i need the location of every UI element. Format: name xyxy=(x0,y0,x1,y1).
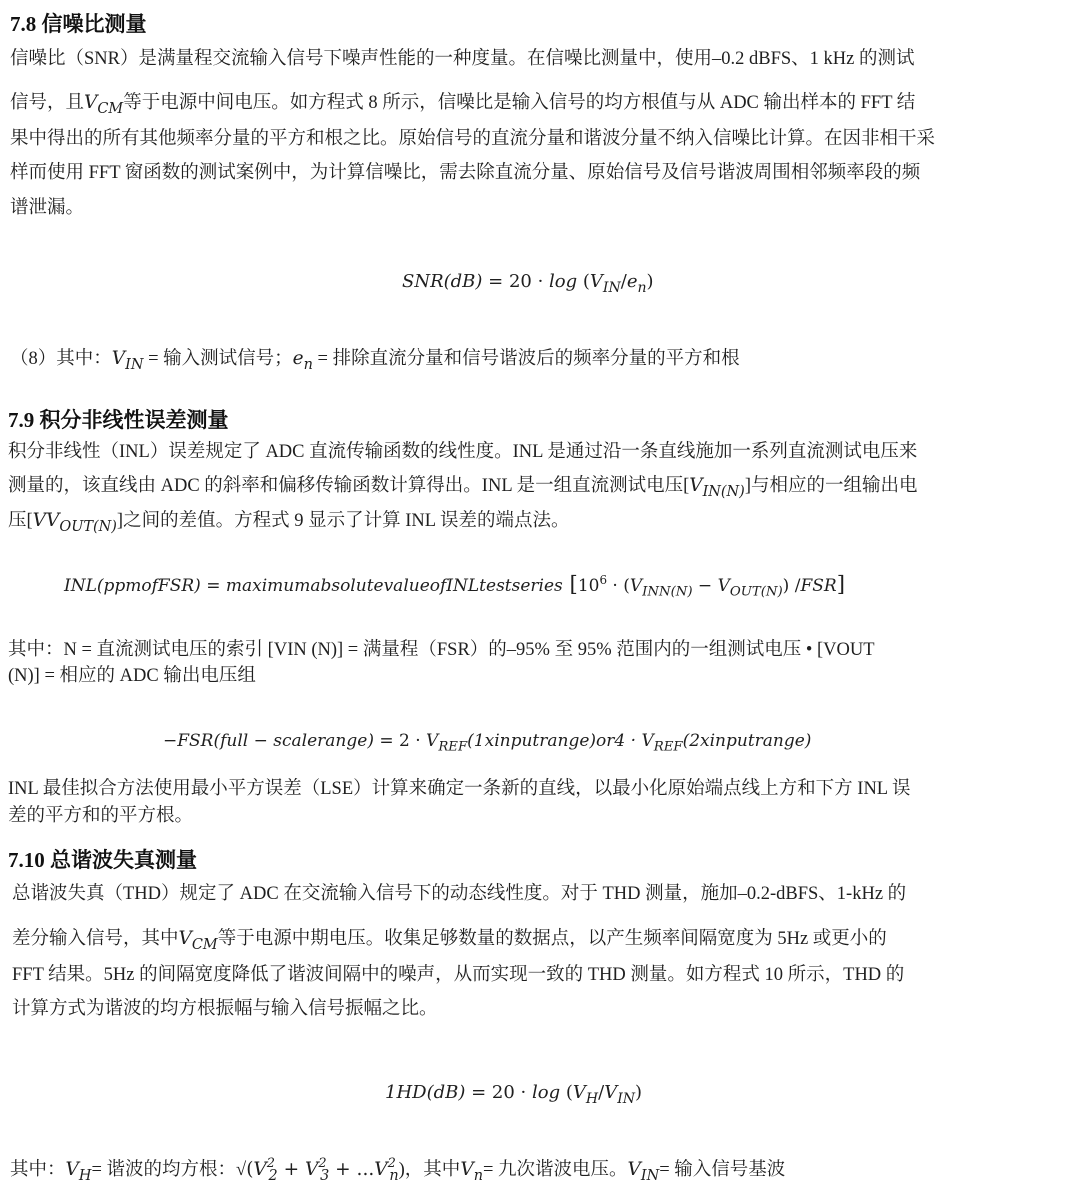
eq-v-sub: IN xyxy=(603,280,621,296)
fsr-equation: −FSR(full − scalerange) = 2 · VREF(1xinp… xyxy=(163,731,811,751)
en-symbol: en xyxy=(293,348,313,369)
eq-v1-sub: H xyxy=(586,1091,598,1107)
eq-v2-sub: OUT(N) xyxy=(730,585,783,600)
eq-fsr: FSR xyxy=(800,576,836,596)
vin-desc: = 输入信号基波 xyxy=(659,1160,785,1180)
paragraph-line: 总谐波失真（THD）规定了 ADC 在交流输入信号下的动态线性度。对于 THD … xyxy=(12,882,906,906)
term-sub: n xyxy=(389,1168,398,1184)
term-sub: 2 xyxy=(269,1168,278,1184)
paragraph-line: 信噪比（SNR）是满量程交流输入信号下噪声性能的一种度量。在信噪比测量中，使用–… xyxy=(10,47,914,71)
eq-log: log xyxy=(549,271,577,292)
section-heading-7-9: 7.9 积分非线性误差测量 xyxy=(8,404,229,434)
eq-exponent: 6 xyxy=(599,573,607,587)
math-subscript: IN xyxy=(125,357,143,373)
plus: + ... xyxy=(329,1159,374,1180)
paragraph-line: INL 最佳拟合方法使用最小平方误差（LSE）计算来确定一条新的直线，以最小化原… xyxy=(8,777,911,801)
where-line: (N)] = 相应的 ADC 输出电压组 xyxy=(8,664,256,688)
equation-9: INL(ppmofFSR) = maximumabsolutevalueofIN… xyxy=(64,576,845,596)
equation-10: 1HD(dB) = 20 · log (VH/VIN) xyxy=(385,1082,642,1103)
equation-8-where: （8）其中：VIN = 输入测试信号；en = 排除直流分量和信号谐波后的频率分… xyxy=(10,347,740,371)
eq-close: ) xyxy=(647,271,654,292)
math-base: V xyxy=(46,510,59,531)
eq-or: or4 · xyxy=(596,731,641,751)
eq-e-sub: n xyxy=(637,280,646,296)
math-subscript: n xyxy=(474,1168,483,1184)
paragraph-line: 测量的，该直线由 ADC 的斜率和偏移传输函数计算得出。INL 是一组直流测试电… xyxy=(8,474,917,498)
term: V xyxy=(374,1159,387,1180)
text-fragment: 其中 xyxy=(423,1160,460,1180)
eq-open: ( xyxy=(577,271,590,292)
eq-v: V xyxy=(590,271,603,292)
vcm-symbol: VCM xyxy=(179,928,218,949)
section-heading-7-8: 7.8 信噪比测量 xyxy=(10,8,147,38)
eq-bracket-open: [ xyxy=(563,572,578,597)
term-sub: 3 xyxy=(320,1168,329,1184)
section-heading-7-10: 7.10 总谐波失真测量 xyxy=(8,844,197,874)
term: V xyxy=(305,1159,318,1180)
eq-v2: V xyxy=(718,576,730,596)
vin-n-symbol: VIN(N) xyxy=(689,475,745,496)
equation-8: SNR(dB) = 20 · log (VIN/en) xyxy=(402,271,654,292)
eq-v2: V xyxy=(641,731,653,751)
eq-lhs: SNR(dB) xyxy=(402,271,482,292)
text-fragment: 等于电源中间电压。如方程式 8 所示，信噪比是输入信号的均方根值与从 ADC 输… xyxy=(123,93,915,113)
text-fragment: 等于电源中期电压。收集足够数量的数据点，以产生频率间隔宽度为 5Hz 或更小的 xyxy=(218,929,887,949)
eq-lhs: −FSR(full − scalerange) xyxy=(163,731,374,751)
math-subscript: IN(N) xyxy=(703,484,745,500)
math-base: V xyxy=(460,1159,473,1180)
equation-10-where: 其中：VH= 谐波的均方根：√(V22 + V23 + ...V2n)，其中Vn… xyxy=(10,1158,785,1182)
text-fragment: 测量的，该直线由 ADC 的斜率和偏移传输函数计算得出。INL 是一组直流测试电… xyxy=(8,476,689,496)
vvout-n-symbol: VVOUT(N) xyxy=(33,510,117,531)
eq-v1: V xyxy=(630,576,642,596)
math-pre: V xyxy=(33,510,46,531)
math-subscript: H xyxy=(79,1168,92,1184)
eq-open: ( xyxy=(560,1082,573,1103)
vn-symbol: Vn xyxy=(460,1159,483,1180)
vcm-symbol: VCM xyxy=(84,92,123,113)
plus: + xyxy=(278,1159,305,1180)
eq-p1: (1xinputrange) xyxy=(467,731,596,751)
eq-v1: V xyxy=(426,731,438,751)
paragraph-line: 果中得出的所有其他频率分量的平方和根之比。原始信号的直流分量和谐波分量不纳入信噪… xyxy=(10,127,935,151)
math-base: V xyxy=(179,928,192,949)
paragraph-line: FFT 结果。5Hz 的间隔宽度降低了谐波间隔中的噪声，从而实现一致的 THD … xyxy=(12,963,904,987)
vh-desc: = 谐波的均方根： xyxy=(91,1160,236,1180)
eq-minus: − xyxy=(693,576,718,596)
sqrt-icon: √ xyxy=(236,1160,246,1180)
vin-desc: = 输入测试信号； xyxy=(143,349,292,369)
math-subscript: CM xyxy=(97,101,123,117)
vin-symbol: VIN xyxy=(628,1159,660,1180)
eq-close: ) xyxy=(635,1082,642,1103)
where-prefix: 其中： xyxy=(10,1160,66,1180)
harmonic-sum: (V22 + V23 + ...V2n xyxy=(246,1159,398,1180)
math-subscript: OUT(N) xyxy=(59,519,116,535)
eq-bracket-close: ] xyxy=(837,572,845,597)
eq-op: = xyxy=(201,576,226,596)
eq-op: = 20 · xyxy=(482,271,549,292)
paragraph-line: 样而使用 FFT 窗函数的测试案例中，为计算信噪比，需去除直流分量、原始信号及信… xyxy=(10,161,920,185)
where-prefix: （8）其中： xyxy=(10,349,112,369)
where-line: 其中：N = 直流测试电压的索引 [VIN (N)] = 满量程（FSR）的–9… xyxy=(8,638,875,662)
vn-desc: = 九次谐波电压。 xyxy=(483,1160,628,1180)
paragraph-line: 信号，且VCM等于电源中间电压。如方程式 8 所示，信噪比是输入信号的均方根值与… xyxy=(10,91,915,115)
eq-ten: 10 xyxy=(578,576,600,596)
eq-close: ) / xyxy=(783,576,801,596)
text-fragment: 压[ xyxy=(8,511,33,531)
paragraph-line: 谱泄漏。 xyxy=(10,196,84,220)
paragraph-line: 积分非线性（INL）误差规定了 ADC 直流传输函数的线性度。INL 是通过沿一… xyxy=(8,440,917,464)
text-fragment: ]与相应的一组输出电 xyxy=(745,476,918,496)
math-base: V xyxy=(689,475,702,496)
eq-e: e xyxy=(627,271,638,292)
en-desc: = 排除直流分量和信号谐波后的频率分量的平方和根 xyxy=(313,349,740,369)
math-base: V xyxy=(66,1159,79,1180)
eq-v1-sub: REF xyxy=(438,740,467,755)
math-subscript: n xyxy=(304,357,313,373)
eq-log: log xyxy=(532,1082,560,1103)
paragraph-line: 差分输入信号，其中VCM等于电源中期电压。收集足够数量的数据点，以产生频率间隔宽… xyxy=(12,927,887,951)
eq-op: = 20 · xyxy=(465,1082,532,1103)
vh-symbol: VH xyxy=(66,1159,92,1180)
eq-v1: V xyxy=(573,1082,586,1103)
eq-body: maximumabsolutevalueofINLtestseries xyxy=(226,576,563,596)
text-fragment: ]之间的差值。方程式 9 显示了计算 INL 误差的端点法。 xyxy=(117,511,570,531)
eq-v1-sub: INN(N) xyxy=(642,585,692,600)
paragraph-line: 计算方式为谐波的均方根振幅与输入信号振幅之比。 xyxy=(12,997,438,1021)
paragraph-line: 压[VVOUT(N)]之间的差值。方程式 9 显示了计算 INL 误差的端点法。 xyxy=(8,509,569,533)
text-fragment: 差分输入信号，其中 xyxy=(12,929,179,949)
math-base: V xyxy=(84,92,97,113)
eq-dot: · ( xyxy=(607,576,630,596)
eq-lhs: INL(ppmofFSR) xyxy=(64,576,201,596)
eq-p2: (2xinputrange) xyxy=(683,731,812,751)
eq-lhs: 1HD(dB) xyxy=(385,1082,465,1103)
term: V xyxy=(253,1159,266,1180)
paragraph-line: 差的平方和的平方根。 xyxy=(8,804,193,828)
paren-close: )， xyxy=(399,1160,424,1180)
math-subscript: CM xyxy=(192,937,218,953)
math-base: V xyxy=(112,348,125,369)
eq-v2-sub: REF xyxy=(654,740,683,755)
eq-v2-sub: IN xyxy=(617,1091,635,1107)
math-subscript: IN xyxy=(641,1168,659,1184)
vin-symbol: VIN xyxy=(112,348,144,369)
eq-op: = 2 · xyxy=(374,731,426,751)
eq-v2: V xyxy=(604,1082,617,1103)
math-base: V xyxy=(628,1159,641,1180)
text-fragment: 信号，且 xyxy=(10,93,84,113)
math-base: e xyxy=(293,348,304,369)
